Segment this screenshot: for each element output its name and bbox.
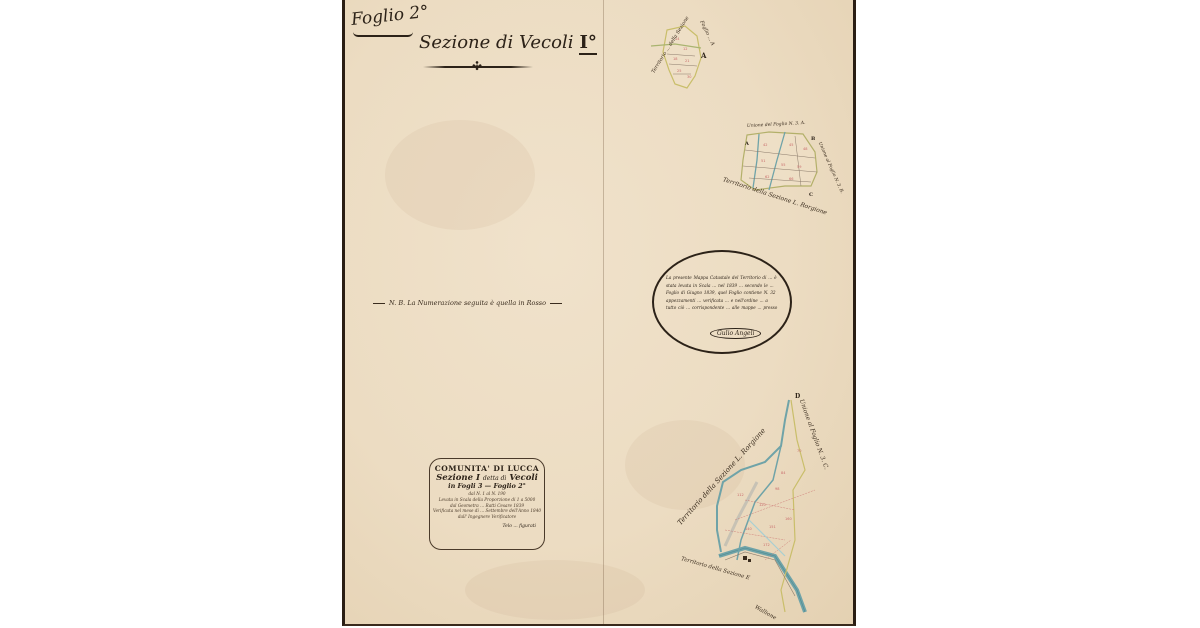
foglio-underline <box>353 32 413 37</box>
svg-text:30: 30 <box>687 75 691 79</box>
svg-text:21: 21 <box>685 59 689 63</box>
svg-text:45: 45 <box>789 143 793 147</box>
svg-text:172: 172 <box>763 543 770 547</box>
svg-text:62: 62 <box>765 175 769 179</box>
svg-text:B: B <box>811 136 815 142</box>
fleuron-ornament-icon: ✣ <box>472 59 482 73</box>
svg-text:12: 12 <box>683 47 687 51</box>
cartouche-sezione-num: Sezione I <box>436 473 480 483</box>
cadastral-map-sheet: Foglio 2° Sezione di VecoliI° ✣ N. B. La… <box>342 0 856 626</box>
cartouche-fogli: in Fogli 3 — Foglio 2° <box>430 483 544 490</box>
oval-signature: Gulio Angeli <box>710 328 761 339</box>
svg-text:42: 42 <box>763 143 767 147</box>
oval-note-text: La presente Mappa Catastale del Territor… <box>666 274 778 312</box>
map-b-label-right: Unione al Foglio N. 3. B. <box>817 141 844 194</box>
cartouche-numbers: dal N. 1 al N. 190 <box>430 492 544 497</box>
svg-text:25: 25 <box>677 69 681 73</box>
paper-stain <box>465 560 645 620</box>
certification-oval: La presente Mappa Catastale del Territor… <box>652 250 792 354</box>
svg-text:A: A <box>700 51 707 60</box>
svg-text:18: 18 <box>673 57 677 61</box>
numbering-note: N. B. La Numerazione seguita è quella in… <box>369 299 566 307</box>
sezione-title: Sezione di VecoliI° <box>419 32 597 53</box>
svg-text:66: 66 <box>789 177 793 181</box>
map-c-label-sezione-e: Territorio della Sezione E <box>680 556 750 581</box>
svg-text:C: C <box>809 192 813 198</box>
svg-text:151: 151 <box>769 525 776 529</box>
svg-text:70: 70 <box>797 449 801 453</box>
svg-text:120: 120 <box>759 503 766 507</box>
svg-text:A: A <box>744 141 749 147</box>
svg-text:55: 55 <box>781 163 785 167</box>
map-c-label-wallione: Wallione <box>754 604 778 621</box>
map-a-label-right: Foglio ... A <box>698 20 715 47</box>
foglio-label: Foglio 2° <box>350 2 429 30</box>
svg-text:140: 140 <box>745 527 752 531</box>
cartouche-signature: Telo ... figurati <box>430 524 544 529</box>
sezione-number: I° <box>579 32 596 55</box>
cartouche-line4: dall' Ingegnere Verificatore <box>430 515 544 520</box>
svg-text:48: 48 <box>803 147 807 151</box>
map-b-label-top: Unione del Foglio N. 3. A. <box>747 121 806 129</box>
svg-text:98: 98 <box>775 487 779 491</box>
cartouche-line1: Levata in Scala della Proporzione di 1 a… <box>430 498 544 503</box>
svg-text:84: 84 <box>781 471 786 475</box>
svg-text:160: 160 <box>785 517 792 521</box>
map-a-label-left: Territorio ... della Sezione <box>650 15 690 74</box>
sezione-title-text: Sezione di Vecoli <box>419 32 573 53</box>
paper-stain <box>385 120 535 230</box>
map-c-label-unione: Unione al Foglio N. 3. C. <box>798 398 830 470</box>
svg-text:51: 51 <box>761 159 765 163</box>
cartouche-sezione-name: Vecoli <box>509 473 538 483</box>
svg-text:112: 112 <box>737 493 744 497</box>
fold-line <box>603 0 604 624</box>
map-b-label-bottom: Territorio della Sezione L. Rorgione <box>722 176 828 216</box>
image-viewer: Foglio 2° Sezione di VecoliI° ✣ N. B. La… <box>0 0 1200 628</box>
map-c: 11212098 140151160 1728470 D <box>717 393 815 612</box>
svg-text:59: 59 <box>797 165 801 169</box>
cartouche-detta: detta di <box>483 475 506 482</box>
title-cartouche: COMUNITA' DI LUCCA Sezione I detta di Ve… <box>429 458 545 550</box>
